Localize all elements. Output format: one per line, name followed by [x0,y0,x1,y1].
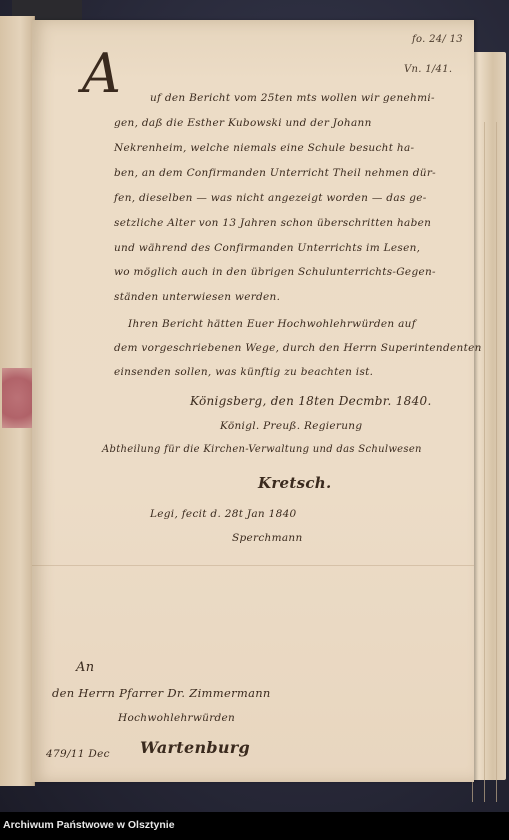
body-line: ben, an dem Confirmanden Unterricht Thei… [114,167,436,179]
page-edge-line [484,122,485,802]
registry-number: 479/11 Dec [46,748,110,760]
address-prefix: An [76,660,94,675]
page-edge-line [496,122,497,802]
body-line: ständen unterwiesen werden. [114,291,280,303]
paper-fold [32,565,474,566]
reference-mark: Vn. 1/41. [404,64,452,75]
left-page-edge [0,16,35,786]
body-line: einsenden sollen, was künftig zu beachte… [114,366,373,378]
body-line: fen, dieselben — was nicht angezeigt wor… [114,192,427,204]
receipt-note: Legi, fecit d. 28t Jan 1840 [150,508,297,520]
official-signature: Kretsch. [258,474,332,492]
body-line: wo möglich auch in den übrigen Schulunte… [114,266,436,278]
decorative-initial: A [82,42,121,105]
body-line: Nekrenheim, welche niemals eine Schule b… [114,142,414,154]
body-line: Ihren Bericht hätten Euer Hochwohlehrwür… [128,318,416,330]
body-line: uf den Bericht vom 25ten mts wollen wir … [150,92,435,104]
authority-line: Königl. Preuß. Regierung [220,420,362,432]
caption-bar: Archiwum Państwowe w Olsztynie [0,812,509,840]
body-line: setzliche Alter von 13 Jahren schon über… [114,217,431,229]
document-scan: fo. 24/ 13 Vn. 1/41. A uf den Bericht vo… [0,0,509,812]
address-place: Wartenburg [140,738,250,757]
body-line: und während des Confirmanden Unterrichts… [114,242,420,254]
address-recipient: den Herrn Pfarrer Dr. Zimmermann [52,686,271,700]
date-line: Königsberg, den 18ten Decmbr. 1840. [190,394,432,408]
department-line: Abtheilung für die Kirchen-Verwaltung un… [102,444,422,455]
receipt-signature: Sperchmann [232,532,303,544]
red-wax-seal-remnant [2,368,32,428]
body-line: gen, daß die Esther Kubowski und der Joh… [114,117,372,129]
folio-number: fo. 24/ 13 [412,34,463,45]
archive-caption: Archiwum Państwowe w Olsztynie [3,819,175,831]
body-line: dem vorgeschriebenen Wege, durch den Her… [114,342,482,354]
address-honorific: Hochwohlehrwürden [118,712,235,724]
